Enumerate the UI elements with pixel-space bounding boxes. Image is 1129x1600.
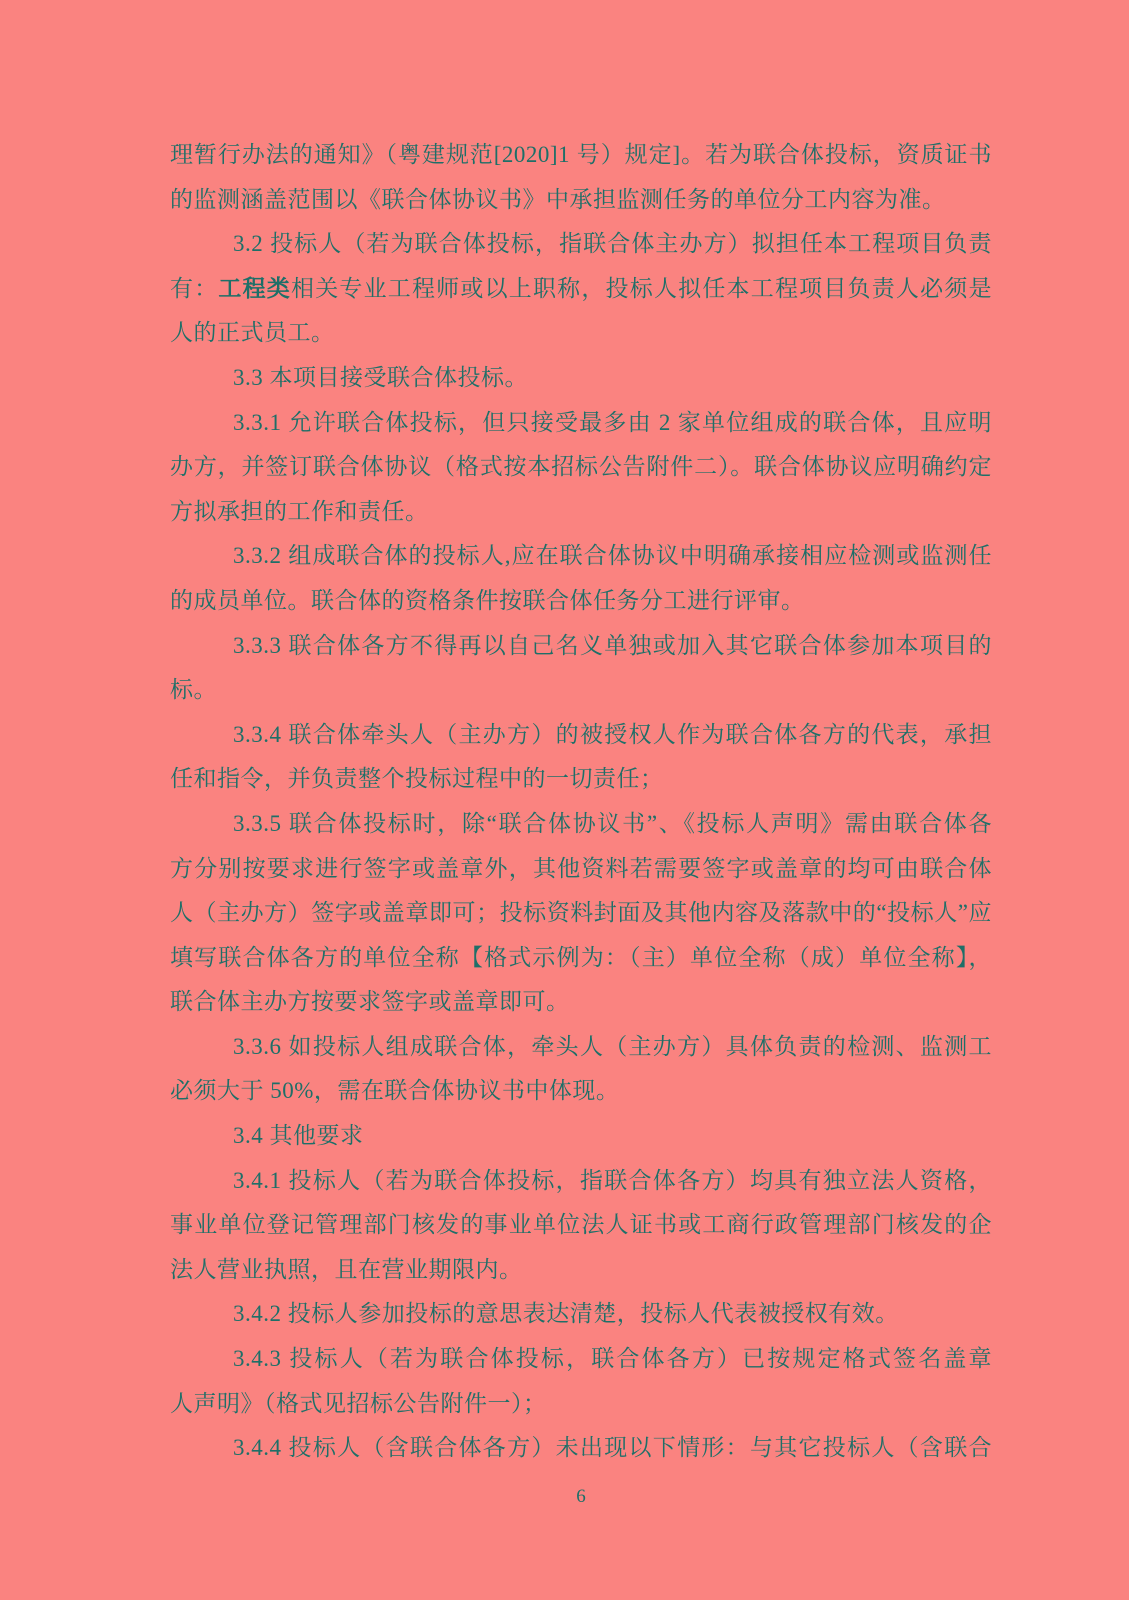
text-segment: 3.4.3 投标人（若为联合体投标，联合体各方）已按规定格式签名盖章《投标 bbox=[170, 1346, 992, 1382]
text-segment: 有： bbox=[170, 276, 218, 301]
text-line: 3.3.2 组成联合体的投标人,应在联合体协议中明确承接相应检测或监测任务 bbox=[170, 534, 992, 579]
text-segment: 3.3 本项目接受联合体投标。 bbox=[233, 365, 528, 390]
text-line: 必须大于 50%，需在联合体协议书中体现。 bbox=[170, 1069, 992, 1114]
text-line: 理暂行办法的通知》（粤建规范[2020]1 号）规定]。若为联合体投标，资质证书… bbox=[170, 133, 992, 178]
text-segment: 3.4.1 投标人（若为联合体投标，指联合体各方）均具有独立法人资格，持有 bbox=[170, 1168, 992, 1204]
text-line: 3.4.3 投标人（若为联合体投标，联合体各方）已按规定格式签名盖章《投标 bbox=[170, 1337, 992, 1382]
text-segment: 3.3.6 如投标人组成联合体，牵头人（主办方）具体负责的检测、监测工作量 bbox=[170, 1034, 992, 1070]
text-line: 3.2 投标人（若为联合体投标，指联合体主办方）拟担任本工程项目负责人具 bbox=[170, 222, 992, 267]
text-line: 法人营业执照，且在营业期限内。 bbox=[170, 1248, 992, 1293]
text-segment: 人的正式员工。 bbox=[170, 320, 335, 345]
text-line: 3.4.1 投标人（若为联合体投标，指联合体各方）均具有独立法人资格，持有 bbox=[170, 1159, 992, 1204]
text-line: 3.3 本项目接受联合体投标。 bbox=[170, 356, 992, 401]
text-line: 的监测涵盖范围以《联合体协议书》中承担监测任务的单位分工内容为准。 bbox=[170, 178, 992, 223]
text-line: 标。 bbox=[170, 668, 992, 713]
text-line: 的成员单位。联合体的资格条件按联合体任务分工进行评审。 bbox=[170, 579, 992, 624]
text-segment: 3.3.3 联合体各方不得再以自己名义单独或加入其它联合体参加本项目的投 bbox=[170, 633, 992, 669]
text-segment: 3.3.2 组成联合体的投标人,应在联合体协议中明确承接相应检测或监测任务 bbox=[170, 543, 992, 579]
text-line: 3.3.1 允许联合体投标，但只接受最多由 2 家单位组成的联合体，且应明确主 bbox=[170, 401, 992, 446]
text-line: 3.3.4 联合体牵头人（主办方）的被授权人作为联合体各方的代表，承担责 bbox=[170, 713, 992, 758]
text-segment: 方分别按要求进行签字或盖章外，其他资料若需要签字或盖章的均可由联合体牵头 bbox=[170, 856, 992, 892]
document-body: 理暂行办法的通知》（粤建规范[2020]1 号）规定]。若为联合体投标，资质证书… bbox=[170, 133, 992, 1471]
text-line: 填写联合体各方的单位全称【格式示例为：（主）单位全称（成）单位全称】，由 bbox=[170, 936, 992, 981]
text-segment: 办方，并签订联合体协议（格式按本招标公告附件二）。联合体协议应明确约定各 bbox=[170, 454, 992, 490]
text-segment: 3.4 其他要求 bbox=[233, 1123, 364, 1148]
emphasis-text: 工程类 bbox=[218, 276, 291, 301]
text-segment: 方拟承担的工作和责任。 bbox=[170, 499, 429, 524]
text-line: 人（主办方）签字或盖章即可；投标资料封面及其他内容及落款中的“投标人”应 bbox=[170, 891, 992, 936]
text-segment: 任和指令，并负责整个投标过程中的一切责任； bbox=[170, 766, 664, 791]
text-segment: 3.3.4 联合体牵头人（主办方）的被授权人作为联合体各方的代表，承担责 bbox=[170, 722, 992, 758]
text-line: 3.4.2 投标人参加投标的意思表达清楚，投标人代表被授权有效。 bbox=[170, 1292, 992, 1337]
text-line: 方分别按要求进行签字或盖章外，其他资料若需要签字或盖章的均可由联合体牵头 bbox=[170, 847, 992, 892]
text-segment: 人（主办方）签字或盖章即可；投标资料封面及其他内容及落款中的“投标人”应 bbox=[170, 900, 992, 925]
text-segment: 事业单位登记管理部门核发的事业单位法人证书或工商行政管理部门核发的企业 bbox=[170, 1212, 992, 1248]
text-segment: 必须大于 50%，需在联合体协议书中体现。 bbox=[170, 1078, 619, 1103]
text-line: 3.3.3 联合体各方不得再以自己名义单独或加入其它联合体参加本项目的投 bbox=[170, 624, 992, 669]
text-segment: 3.2 投标人（若为联合体投标，指联合体主办方）拟担任本工程项目负责人具 bbox=[170, 231, 992, 267]
text-segment: 相关专业工程师或以上职称，投标人拟任本工程项目负责人必须是投标 bbox=[170, 276, 992, 312]
text-line: 任和指令，并负责整个投标过程中的一切责任； bbox=[170, 757, 992, 802]
text-line: 3.4 其他要求 bbox=[170, 1114, 992, 1159]
text-segment: 3.3.1 允许联合体投标，但只接受最多由 2 家单位组成的联合体，且应明确主 bbox=[170, 410, 992, 446]
document-page: 理暂行办法的通知》（粤建规范[2020]1 号）规定]。若为联合体投标，资质证书… bbox=[0, 0, 1129, 1600]
text-segment: 3.3.5 联合体投标时，除“联合体协议书”、《投标人声明》需由联合体各 bbox=[233, 811, 992, 836]
text-line: 有：工程类相关专业工程师或以上职称，投标人拟任本工程项目负责人必须是投标 bbox=[170, 267, 992, 312]
text-segment: 法人营业执照，且在营业期限内。 bbox=[170, 1257, 523, 1282]
text-line: 办方，并签订联合体协议（格式按本招标公告附件二）。联合体协议应明确约定各 bbox=[170, 445, 992, 490]
text-segment: 3.4.4 投标人（含联合体各方）未出现以下情形：与其它投标人（含联合体各 bbox=[170, 1435, 992, 1471]
text-line: 3.3.5 联合体投标时，除“联合体协议书”、《投标人声明》需由联合体各 bbox=[170, 802, 992, 847]
text-segment: 理暂行办法的通知》（粤建规范[2020]1 号）规定]。若为联合体投标，资质证书… bbox=[170, 142, 992, 178]
text-line: 事业单位登记管理部门核发的事业单位法人证书或工商行政管理部门核发的企业 bbox=[170, 1203, 992, 1248]
text-segment: 的监测涵盖范围以《联合体协议书》中承担监测任务的单位分工内容为准。 bbox=[170, 187, 946, 212]
text-segment: 的成员单位。联合体的资格条件按联合体任务分工进行评审。 bbox=[170, 588, 805, 613]
text-segment: 标。 bbox=[170, 677, 217, 702]
text-segment: 填写联合体各方的单位全称【格式示例为：（主）单位全称（成）单位全称】，由 bbox=[170, 945, 992, 981]
text-segment: 联合体主办方按要求签字或盖章即可。 bbox=[170, 989, 570, 1014]
text-line: 人声明》（格式见招标公告附件一）； bbox=[170, 1382, 992, 1427]
text-segment: 人声明》（格式见招标公告附件一）； bbox=[170, 1391, 547, 1416]
text-line: 3.3.6 如投标人组成联合体，牵头人（主办方）具体负责的检测、监测工作量 bbox=[170, 1025, 992, 1070]
text-segment: 3.4.2 投标人参加投标的意思表达清楚，投标人代表被授权有效。 bbox=[233, 1301, 899, 1326]
text-line: 方拟承担的工作和责任。 bbox=[170, 490, 992, 535]
text-line: 3.4.4 投标人（含联合体各方）未出现以下情形：与其它投标人（含联合体各 bbox=[170, 1426, 992, 1471]
page-number: 6 bbox=[170, 1484, 992, 1510]
text-line: 人的正式员工。 bbox=[170, 311, 992, 356]
text-line: 联合体主办方按要求签字或盖章即可。 bbox=[170, 980, 992, 1025]
